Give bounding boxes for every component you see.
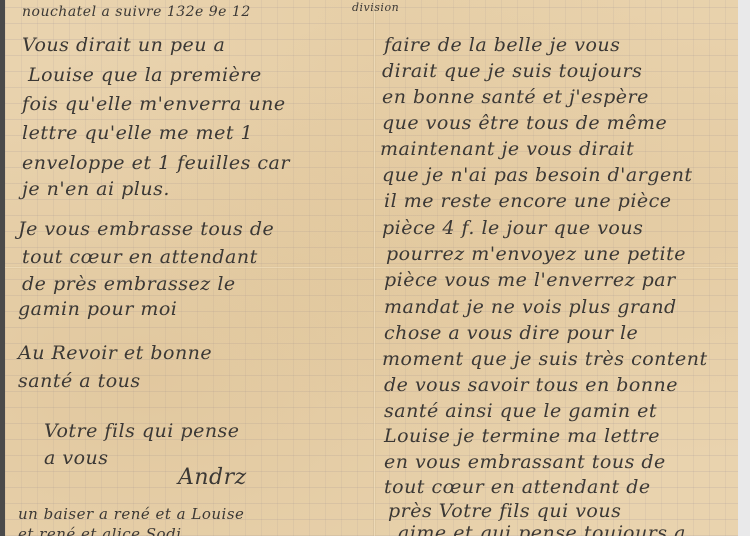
- right-line: que vous être tous de même: [382, 112, 667, 134]
- right-line: faire de la belle je vous: [384, 34, 620, 56]
- right-line: que je n'ai pas besoin d'argent: [382, 164, 693, 186]
- right-line: pourrez m'envoyez une petite: [386, 243, 686, 265]
- right-line: de vous savoir tous en bonne: [384, 374, 678, 396]
- right-line: mandat je ne vois plus grand: [384, 296, 677, 318]
- left-line: enveloppe et 1 feuilles car: [22, 152, 290, 174]
- scan-right-margin: [738, 0, 750, 536]
- right-line: en vous embrassant tous de: [384, 451, 666, 473]
- left-line: fois qu'elle m'enverra une: [22, 93, 286, 115]
- left-line: gamin pour moi: [18, 298, 177, 320]
- right-line: chose a vous dire pour le: [384, 322, 638, 344]
- left-line: de près embrassez le: [22, 273, 236, 295]
- right-line: aime et qui pense toujours a: [398, 522, 686, 536]
- left-line: lettre qu'elle me met 1: [22, 122, 253, 144]
- left-line: et rené et alice Sodi: [18, 525, 182, 536]
- right-line: en bonne santé et j'espère: [382, 86, 649, 108]
- left-line: santé a tous: [18, 370, 141, 392]
- left-line: un baiser a rené et a Louise: [18, 505, 244, 523]
- right-line: pièce vous me l'enverrez par: [384, 269, 676, 291]
- right-line: il me reste encore une pièce: [384, 190, 672, 212]
- right-line: tout cœur en attendant de: [384, 476, 651, 498]
- left-line: Vous dirait un peu a: [22, 34, 225, 56]
- right-line: moment que je suis très content: [382, 348, 708, 370]
- left-line: Votre fils qui pense: [44, 420, 240, 442]
- right-line: dirait que je suis toujours: [382, 60, 642, 82]
- right-line: santé ainsi que le gamin et: [384, 400, 657, 422]
- left-line: je n'en ai plus.: [22, 178, 170, 200]
- right-line: près Votre fils qui vous: [388, 500, 621, 522]
- right-line: pièce 4 f. le jour que vous: [382, 217, 643, 239]
- left-line: Louise que la première: [28, 64, 262, 86]
- letter-header: nouchatel a suivre 132e 9e 12: [22, 4, 251, 20]
- right-line: Louise je termine ma lettre: [384, 425, 660, 447]
- signature: Andrz: [178, 465, 247, 490]
- left-line: Je vous embrasse tous de: [18, 218, 274, 240]
- left-line: a vous: [44, 447, 109, 469]
- left-line: tout cœur en attendant: [22, 246, 258, 268]
- left-line: Au Revoir et bonne: [18, 342, 212, 364]
- letter-header-superscript: division: [352, 1, 399, 14]
- right-line: maintenant je vous dirait: [380, 138, 634, 160]
